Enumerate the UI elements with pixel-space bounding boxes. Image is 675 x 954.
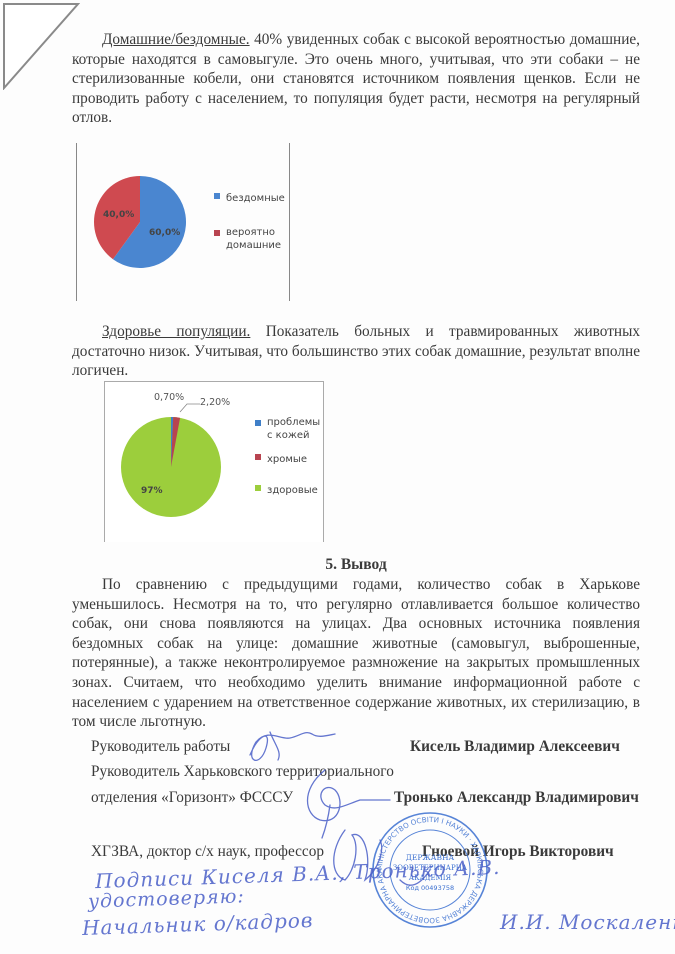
legend-swatch <box>214 193 220 199</box>
paragraph-lead: Домашние/бездомные. <box>102 31 250 48</box>
data-label-healthy: 97% <box>141 486 163 496</box>
pie-plot <box>93 175 187 269</box>
section-heading-conclusion: 5. Вывод <box>72 556 640 574</box>
legend-label: проблемы с кожей <box>267 416 319 442</box>
legend-swatch <box>214 230 220 236</box>
handwritten-line-2: удостоверяю: <box>88 885 245 912</box>
legend-item-domestic: вероятно домашние <box>214 226 282 252</box>
paragraph-homeless: Домашние/бездомные. 40% увиденных собак … <box>72 30 640 128</box>
paragraph-health: Здоровье популяции. Показатель больных и… <box>72 322 640 381</box>
signature-role-3: ХГЗВА, доктор с/х наук, профессор <box>91 843 324 861</box>
legend-label: здоровые <box>267 484 318 497</box>
signature-role-2-line2: отделения «Горизонт» ФСССУ <box>91 789 293 807</box>
signature-name-2: Тронько Александр Владимирович <box>394 789 639 807</box>
legend-swatch <box>255 454 261 460</box>
signature-role-2-line1: Руководитель Харьковского территориально… <box>91 763 394 781</box>
legend-item-healthy: здоровые <box>255 484 318 497</box>
legend-label: хромые <box>267 453 307 466</box>
data-label-lame: 2,20% <box>200 397 230 408</box>
pie-chart-health: 0,70% 2,20% 97% проблемы с кожей хромые … <box>104 381 324 542</box>
legend-swatch <box>255 485 261 491</box>
legend-item-skin: проблемы с кожей <box>255 416 319 442</box>
handwritten-name: И.И. Москаленко <box>500 910 675 934</box>
paragraph-conclusion: По сравнению с предыдущими годами, колич… <box>72 575 640 732</box>
stamp-code: Код 00493758 <box>406 884 454 892</box>
signature-role-1: Руководитель работы <box>91 738 230 756</box>
legend-label: бездомные <box>226 192 285 205</box>
paragraph-lead: Здоровье популяции. <box>102 323 250 340</box>
handwritten-line-3: Начальник о/кадров <box>82 908 314 940</box>
pie-chart-homeless: 40,0% 60,0% бездомные вероятно домашние <box>76 143 290 301</box>
signature-name-1: Кисель Владимир Алексеевич <box>410 738 620 756</box>
scan-corner-artifact <box>0 0 80 90</box>
legend-item-lame: хромые <box>255 453 307 466</box>
data-label-homeless: 60,0% <box>149 228 180 238</box>
pie-plot <box>119 415 223 519</box>
legend-swatch <box>255 420 261 426</box>
leader-line <box>179 401 201 413</box>
legend-label: вероятно домашние <box>226 226 282 252</box>
legend-item-homeless: бездомные <box>214 192 285 205</box>
data-label-domestic: 40,0% <box>103 210 134 220</box>
